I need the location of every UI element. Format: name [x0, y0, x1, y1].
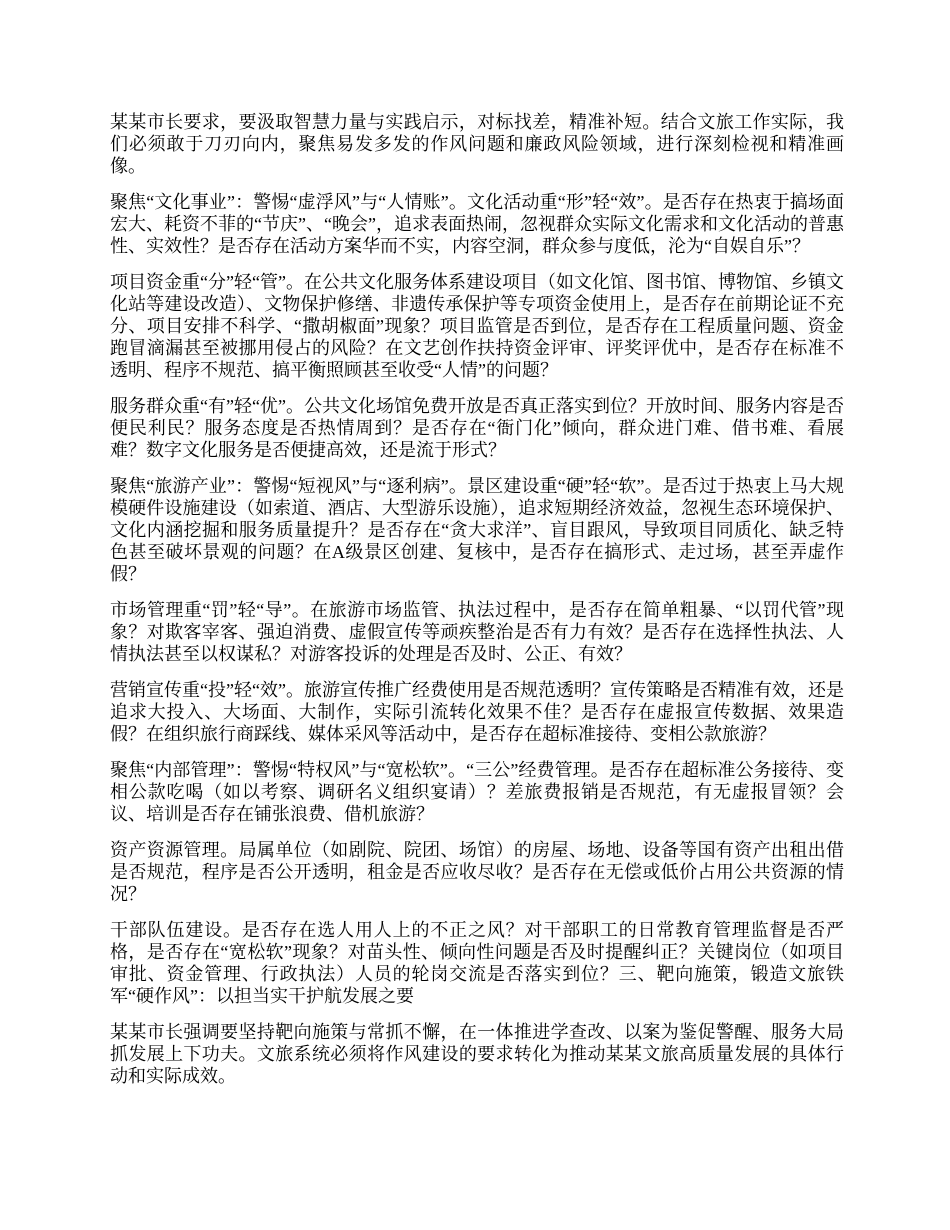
paragraph: 营销宣传重“投”轻“效”。旅游宣传推广经费使用是否规范透明？宣传策略是否精准有效… [110, 679, 844, 745]
paragraph: 资产资源管理。局属单位（如剧院、院团、场馆）的房屋、场地、设备等国有资产出租出借… [110, 839, 844, 905]
paragraph: 聚焦“内部管理”：警惕“特权风”与“宽松软”。“三公”经费管理。是否存在超标准公… [110, 759, 844, 825]
paragraph: 项目资金重“分”轻“管”。在公共文化服务体系建设项目（如文化馆、图书馆、博物馆、… [110, 271, 844, 381]
paragraph: 服务群众重“有”轻“优”。公共文化场馆免费开放是否真正落实到位？开放时间、服务内… [110, 395, 844, 461]
paragraph: 市场管理重“罚”轻“导”。在旅游市场监管、执法过程中，是否存在简单粗暴、“以罚代… [110, 599, 844, 665]
paragraph: 干部队伍建设。是否存在选人用人上的不正之风？对干部职工的日常教育管理监督是否严格… [110, 919, 844, 1007]
paragraph: 聚焦“旅游产业”：警惕“短视风”与“逐利病”。景区建设重“硬”轻“软”。是否过于… [110, 475, 844, 585]
paragraph: 某某市长要求，要汲取智慧力量与实践启示，对标找差，精准补短。结合文旅工作实际，我… [110, 111, 844, 177]
document-page: 某某市长要求，要汲取智慧力量与实践启示，对标找差，精准补短。结合文旅工作实际，我… [0, 0, 950, 1230]
paragraph: 聚焦“文化事业”：警惕“虚浮风”与“人情账”。文化活动重“形”轻“效”。是否存在… [110, 191, 844, 257]
paragraph: 某某市长强调要坚持靶向施策与常抓不懈，在一体推进学查改、以案为鉴促警醒、服务大局… [110, 1021, 844, 1087]
